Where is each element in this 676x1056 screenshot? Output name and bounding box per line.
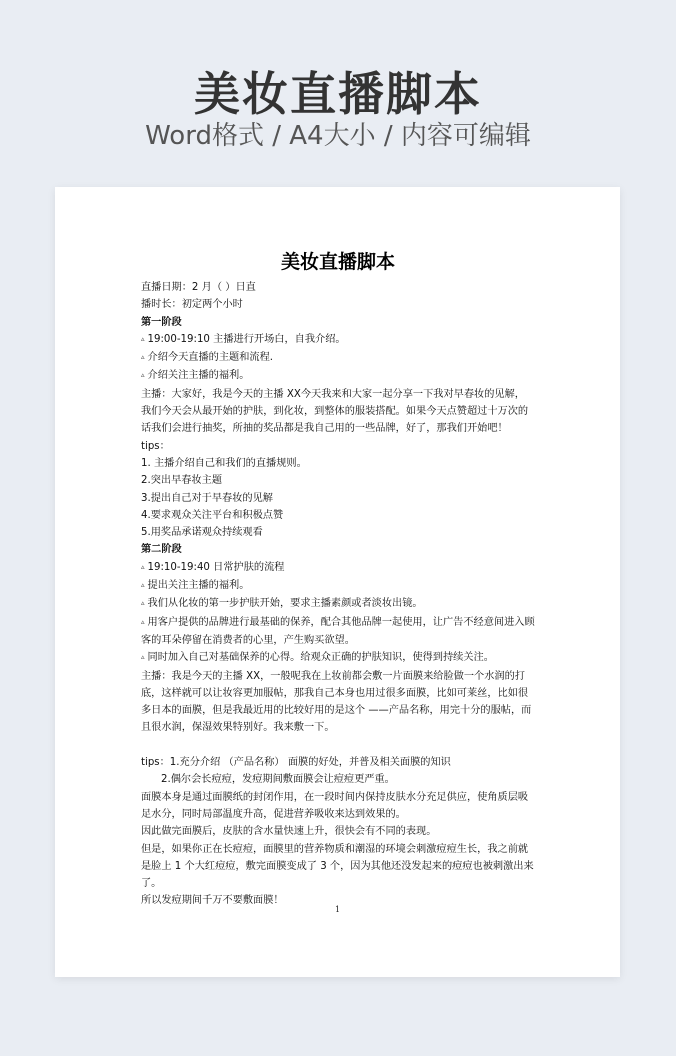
paragraph-text: 因此做完面膜后，皮肤的含水量快速上升，很快会有不同的表现。 bbox=[141, 823, 535, 840]
section-heading: 第一阶段 bbox=[141, 314, 535, 331]
paragraph-text: 主播：大家好，我是今天的主播 XX今天我来和大家一起分享一下我对早春妆的见解，我… bbox=[141, 386, 535, 438]
bullet-text: 提出关注主播的福利。 bbox=[148, 580, 250, 591]
bullet-text: 我们从化妆的第一步护肤开始，要求主播素颜或者淡妆出镜。 bbox=[148, 598, 423, 609]
bullet-text: 19:00-19:10 主播进行开场白，自我介绍。 bbox=[148, 334, 346, 345]
paragraph-text: 但是，如果你正在长痘痘，面膜里的营养物质和潮湿的环境会刺激痘痘生长，我之前就是脸… bbox=[141, 841, 535, 893]
document-page: 美妆直播脚本 直播日期：2 月（ ）日直播时长：初定两个小时第一阶段▵19:00… bbox=[55, 187, 620, 977]
bullet-item: ▵同时加入自己对基础保养的心得。给观众正确的护肤知识，使得到持续关注。 bbox=[141, 649, 535, 667]
paragraph-text: 3.提出自己对于早春妆的见解 bbox=[141, 490, 535, 507]
bullet-item: ▵提出关注主播的福利。 bbox=[141, 577, 535, 595]
hero-subtitle: Word格式 / A4大小 / 内容可编辑 bbox=[0, 118, 676, 154]
paragraph-text: 面膜本身是通过面膜纸的封闭作用，在一段时间内保持皮肤水分充足供应，使角质层吸足水… bbox=[141, 789, 535, 824]
bullet-item: ▵介绍关注主播的福利。 bbox=[141, 367, 535, 385]
triangle-bullet-icon: ▵ bbox=[141, 653, 145, 661]
paragraph-text: 4.要求观众关注平台和积极点赞 bbox=[141, 507, 535, 524]
bullet-item: ▵19:00-19:10 主播进行开场白，自我介绍。 bbox=[141, 331, 535, 349]
triangle-bullet-icon: ▵ bbox=[141, 371, 145, 379]
triangle-bullet-icon: ▵ bbox=[141, 353, 145, 361]
paragraph-text: 主播：我是今天的主播 XX，一般呢我在上妆前都会敷一片面膜来给脸做一个水润的打底… bbox=[141, 668, 535, 737]
section-heading: 第二阶段 bbox=[141, 541, 535, 558]
page-number: 1 bbox=[55, 905, 620, 914]
paragraph-text: 2.突出早春妆主题 bbox=[141, 472, 535, 489]
paragraph-text: tips： bbox=[141, 438, 535, 455]
hero-title: 美妆直播脚本 bbox=[0, 66, 676, 122]
triangle-bullet-icon: ▵ bbox=[141, 335, 145, 343]
document-lines: 直播日期：2 月（ ）日直播时长：初定两个小时第一阶段▵19:00-19:10 … bbox=[141, 279, 535, 910]
bullet-item: ▵介绍今天直播的主题和流程. bbox=[141, 349, 535, 367]
bullet-text: 介绍今天直播的主题和流程. bbox=[148, 352, 274, 363]
bullet-text: 介绍关注主播的福利。 bbox=[148, 370, 250, 381]
paragraph-text: 5.用奖品承诺观众持续观看 bbox=[141, 524, 535, 541]
paragraph-text: tips：1.充分介绍 （产品名称） 面膜的好处，并普及相关面膜的知识 bbox=[141, 754, 535, 771]
document-body: 美妆直播脚本 直播日期：2 月（ ）日直播时长：初定两个小时第一阶段▵19:00… bbox=[141, 249, 535, 910]
bullet-item: ▵用客户提供的品牌进行最基础的保养，配合其他品牌一起使用，让广告不经意间进入顾客… bbox=[141, 614, 535, 650]
bullet-text: 用客户提供的品牌进行最基础的保养，配合其他品牌一起使用，让广告不经意间进入顾客的… bbox=[141, 617, 535, 646]
triangle-bullet-icon: ▵ bbox=[141, 599, 145, 607]
indented-text: 2.偶尔会长痘痘，发痘期间敷面膜会让痘痘更严重。 bbox=[141, 771, 535, 788]
bullet-item: ▵我们从化妆的第一步护肤开始，要求主播素颜或者淡妆出镜。 bbox=[141, 595, 535, 613]
paragraph-text: 1. 主播介绍自己和我们的直播规则。 bbox=[141, 455, 535, 472]
paragraph-text: 播时长：初定两个小时 bbox=[141, 296, 535, 313]
bullet-text: 19:10-19:40 日常护肤的流程 bbox=[148, 562, 285, 573]
blank-line bbox=[141, 737, 535, 754]
triangle-bullet-icon: ▵ bbox=[141, 618, 145, 626]
bullet-text: 同时加入自己对基础保养的心得。给观众正确的护肤知识，使得到持续关注。 bbox=[148, 652, 494, 663]
triangle-bullet-icon: ▵ bbox=[141, 581, 145, 589]
document-title: 美妆直播脚本 bbox=[141, 249, 535, 275]
paragraph-text: 直播日期：2 月（ ）日直 bbox=[141, 279, 535, 296]
triangle-bullet-icon: ▵ bbox=[141, 563, 145, 571]
bullet-item: ▵19:10-19:40 日常护肤的流程 bbox=[141, 559, 535, 577]
